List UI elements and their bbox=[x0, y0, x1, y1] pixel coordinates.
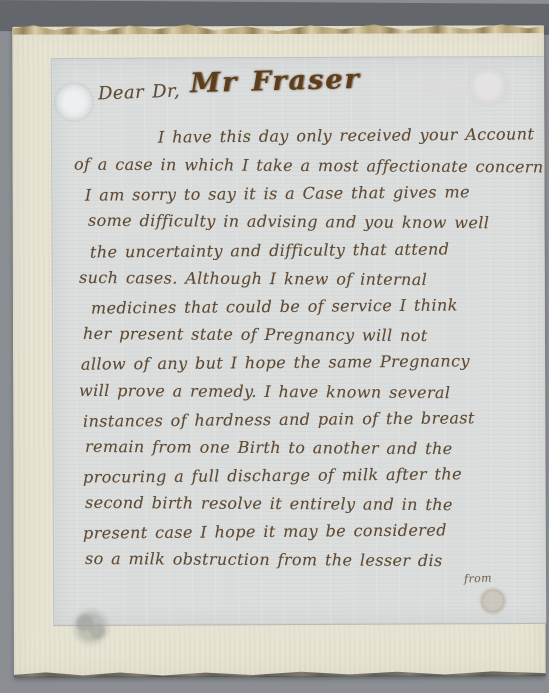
wafer-mark-bottom-left bbox=[70, 606, 112, 648]
letter-line: will prove a remedy. I have known severa… bbox=[79, 381, 451, 402]
letter-line: present case I hope it may be considered bbox=[83, 520, 447, 542]
letter-line: her present state of Pregnancy will not bbox=[83, 324, 428, 345]
letter-line: some difficulty in advising and you know… bbox=[88, 211, 489, 232]
letter-line: remain from one Birth to another and the bbox=[85, 437, 453, 458]
letter-line: procuring a full discharge of milk after… bbox=[83, 464, 462, 486]
scanned-letter-photograph: Dear Dr, Mr Fraser I have this day only … bbox=[0, 0, 549, 693]
letter-line: I have this day only received your Accou… bbox=[158, 124, 534, 146]
letter-line: of a case in which I take a most affecti… bbox=[74, 155, 544, 177]
letter-line: such cases. Although I knew of internal bbox=[79, 268, 427, 289]
greeting-text: Dear Dr, bbox=[98, 81, 181, 105]
wafer-stain-top-right bbox=[464, 64, 512, 108]
letter-line: I am sorry to say it is a Case that give… bbox=[85, 182, 470, 204]
letter-line: medicines that could be of service I thi… bbox=[91, 295, 458, 317]
letter-line: instances of hardness and pain of the br… bbox=[83, 408, 475, 430]
letter-line: second birth resolve it entirely and in … bbox=[85, 493, 453, 514]
addressee-annotation: Mr Fraser bbox=[190, 64, 361, 99]
wafer-mark-top-left bbox=[54, 82, 94, 122]
letter-line: allow of any but I hope the same Pregnan… bbox=[81, 351, 470, 373]
letter-line: so a milk obstruction from the lesser di… bbox=[85, 549, 443, 570]
catchword: from bbox=[464, 572, 492, 586]
letter-line: the uncertainty and difficulty that atte… bbox=[90, 239, 450, 261]
ink-stain-bottom-right bbox=[478, 586, 508, 616]
deckle-edge-bottom bbox=[14, 669, 546, 677]
